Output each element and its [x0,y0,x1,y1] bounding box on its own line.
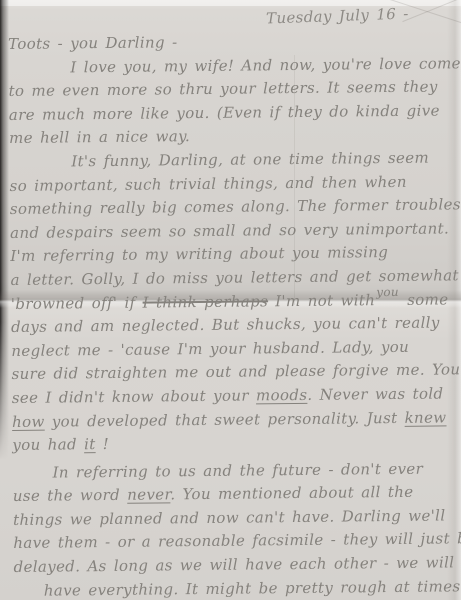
line-text: ! [95,435,109,453]
line-text: you had [12,435,84,454]
line-text: . Never was told [307,384,443,403]
line-text: you developed that sweet personality. Ju… [45,408,405,430]
line-text: . You mentioned about all the [170,483,413,504]
struck-text: I think perhaps [143,292,269,311]
letter-line: you had it ! [12,429,461,457]
letter-body: Toots - you Darling - I love you, my wif… [8,28,461,600]
letter-date: Tuesday July 16 - [266,5,409,28]
underlined-word: how [12,412,45,430]
line-text: see I didn't know about your [12,386,256,407]
underlined-word: never [127,486,170,504]
line-text: some [400,290,449,309]
line-text: 'browned off' if [11,293,143,312]
line-text: use the word [13,486,127,505]
letter-scan-page: Tuesday July 16 - Toots - you Darling - … [0,0,461,600]
underlined-word: it [84,435,96,453]
inserted-word: you [376,280,399,304]
letter-line: how you developed that sweet personality… [12,406,461,434]
underlined-word: knew [404,408,446,426]
letter-line: have everything. It might be pretty roug… [14,575,461,600]
line-text: I'm not with [268,291,375,310]
underlined-word: moods [256,386,308,405]
